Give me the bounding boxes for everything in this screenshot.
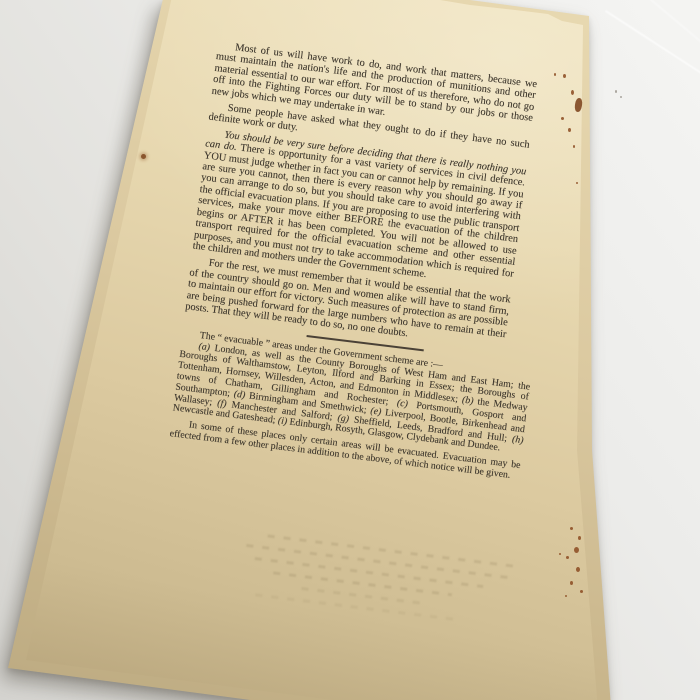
foxing-spot	[576, 182, 578, 184]
foxing-spot	[141, 154, 146, 159]
page-text: Most of us will have work to do, and wor…	[168, 40, 537, 483]
text-segment: (h)	[511, 433, 524, 445]
foxing-spot	[570, 581, 573, 585]
foxing-spot	[571, 90, 574, 95]
foxing-spot	[580, 590, 583, 593]
foxing-spot	[573, 145, 575, 148]
ghost-text-line	[273, 571, 452, 596]
foxing-spot	[563, 74, 566, 78]
foxing-spot	[559, 553, 561, 555]
foxing-spot	[554, 73, 556, 76]
foxing-spot	[566, 556, 569, 559]
foxing-spot	[565, 595, 567, 597]
foxing-spot	[578, 536, 581, 540]
foxing-spot	[568, 128, 571, 132]
foxing-spot	[561, 117, 564, 120]
photo-of-leaflet: Most of us will have work to do, and wor…	[0, 0, 700, 700]
foxing-spot	[574, 547, 579, 553]
foxing-spot	[570, 527, 573, 530]
foxing-spot	[576, 567, 580, 572]
